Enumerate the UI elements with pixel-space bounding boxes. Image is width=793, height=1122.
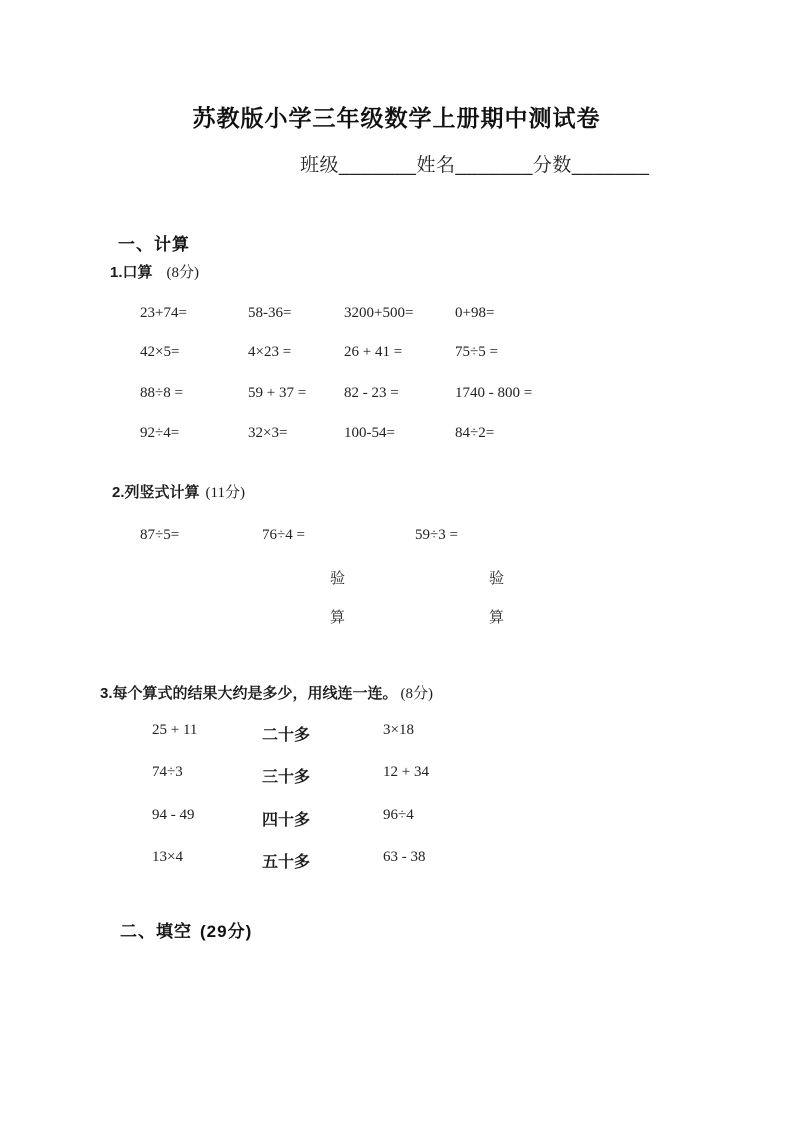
- vertical-calc-label: 2.列竖式计算(11分): [112, 481, 245, 502]
- section-2-title: 二、填空: [120, 922, 192, 941]
- estimate-match-title: 3.每个算式的结果大约是多少，用线连一连。: [100, 685, 398, 702]
- oral-calc-label: 1.口算(8分): [110, 261, 199, 282]
- oral-problem: 3200+500=: [344, 305, 413, 322]
- section-1-heading: 一、计算: [118, 230, 190, 255]
- vertical-calc-title: 2.列竖式计算: [112, 484, 200, 501]
- oral-problem: 88÷8 =: [140, 385, 183, 402]
- oral-problem: 59 + 37 =: [248, 385, 306, 402]
- oral-problem: 75÷5 =: [455, 344, 498, 361]
- vertical-calc-problems: 87÷5= 76÷4 = 59÷3 =: [0, 527, 793, 547]
- estimate-expression: 13×4: [152, 849, 183, 866]
- oral-problem: 82 - 23 =: [344, 385, 399, 402]
- oral-calc-grid: 23+74= 58-36= 3200+500= 0+98= 42×5= 4×23…: [0, 305, 793, 450]
- estimate-range: 四十多: [262, 807, 310, 830]
- oral-problem: 1740 - 800 =: [455, 385, 532, 402]
- page-title: 苏教版小学三年级数学上册期中测试卷: [0, 100, 793, 133]
- estimate-expression: 63 - 38: [383, 849, 426, 866]
- vertical-problem: 87÷5=: [140, 527, 179, 544]
- oral-problem: 4×23 =: [248, 344, 291, 361]
- oral-problem: 23+74=: [140, 305, 187, 322]
- section-2-heading: 二、填空(29分): [120, 917, 252, 942]
- estimate-expression: 12 + 34: [383, 764, 429, 781]
- oral-calc-title: 1.口算: [110, 264, 153, 281]
- vertical-problem: 59÷3 =: [415, 527, 458, 544]
- oral-problem: 84÷2=: [455, 425, 494, 442]
- vertical-calc-score: (11分): [206, 485, 245, 501]
- oral-calc-score: (8分): [167, 265, 200, 281]
- oral-problem: 58-36=: [248, 305, 291, 322]
- section-2-score: (29分): [200, 922, 252, 941]
- check-calc-label: 算: [330, 606, 345, 627]
- estimate-match-label: 3.每个算式的结果大约是多少，用线连一连。(8分): [100, 682, 433, 703]
- estimate-match-grid: 25 + 11 二十多 3×18 74÷3 三十多 12 + 34 94 - 4…: [0, 722, 793, 872]
- estimate-match-score: (8分): [401, 686, 434, 702]
- check-calc-label: 算: [489, 606, 504, 627]
- student-info-line: 班级_______姓名_______分数_______: [300, 150, 649, 177]
- check-calc-label: 验: [489, 567, 504, 588]
- estimate-range: 五十多: [262, 849, 310, 872]
- estimate-expression: 94 - 49: [152, 807, 195, 824]
- oral-problem: 42×5=: [140, 344, 179, 361]
- estimate-expression: 25 + 11: [152, 722, 197, 739]
- check-calc-label: 验: [330, 567, 345, 588]
- estimate-expression: 74÷3: [152, 764, 183, 781]
- oral-problem: 0+98=: [455, 305, 494, 322]
- oral-problem: 32×3=: [248, 425, 287, 442]
- oral-problem: 92÷4=: [140, 425, 179, 442]
- estimate-range: 二十多: [262, 722, 310, 745]
- oral-problem: 100-54=: [344, 425, 395, 442]
- estimate-range: 三十多: [262, 764, 310, 787]
- estimate-expression: 3×18: [383, 722, 414, 739]
- estimate-expression: 96÷4: [383, 807, 414, 824]
- test-paper-page: 苏教版小学三年级数学上册期中测试卷 班级_______姓名_______分数__…: [0, 0, 793, 1122]
- vertical-problem: 76÷4 =: [262, 527, 305, 544]
- oral-problem: 26 + 41 =: [344, 344, 402, 361]
